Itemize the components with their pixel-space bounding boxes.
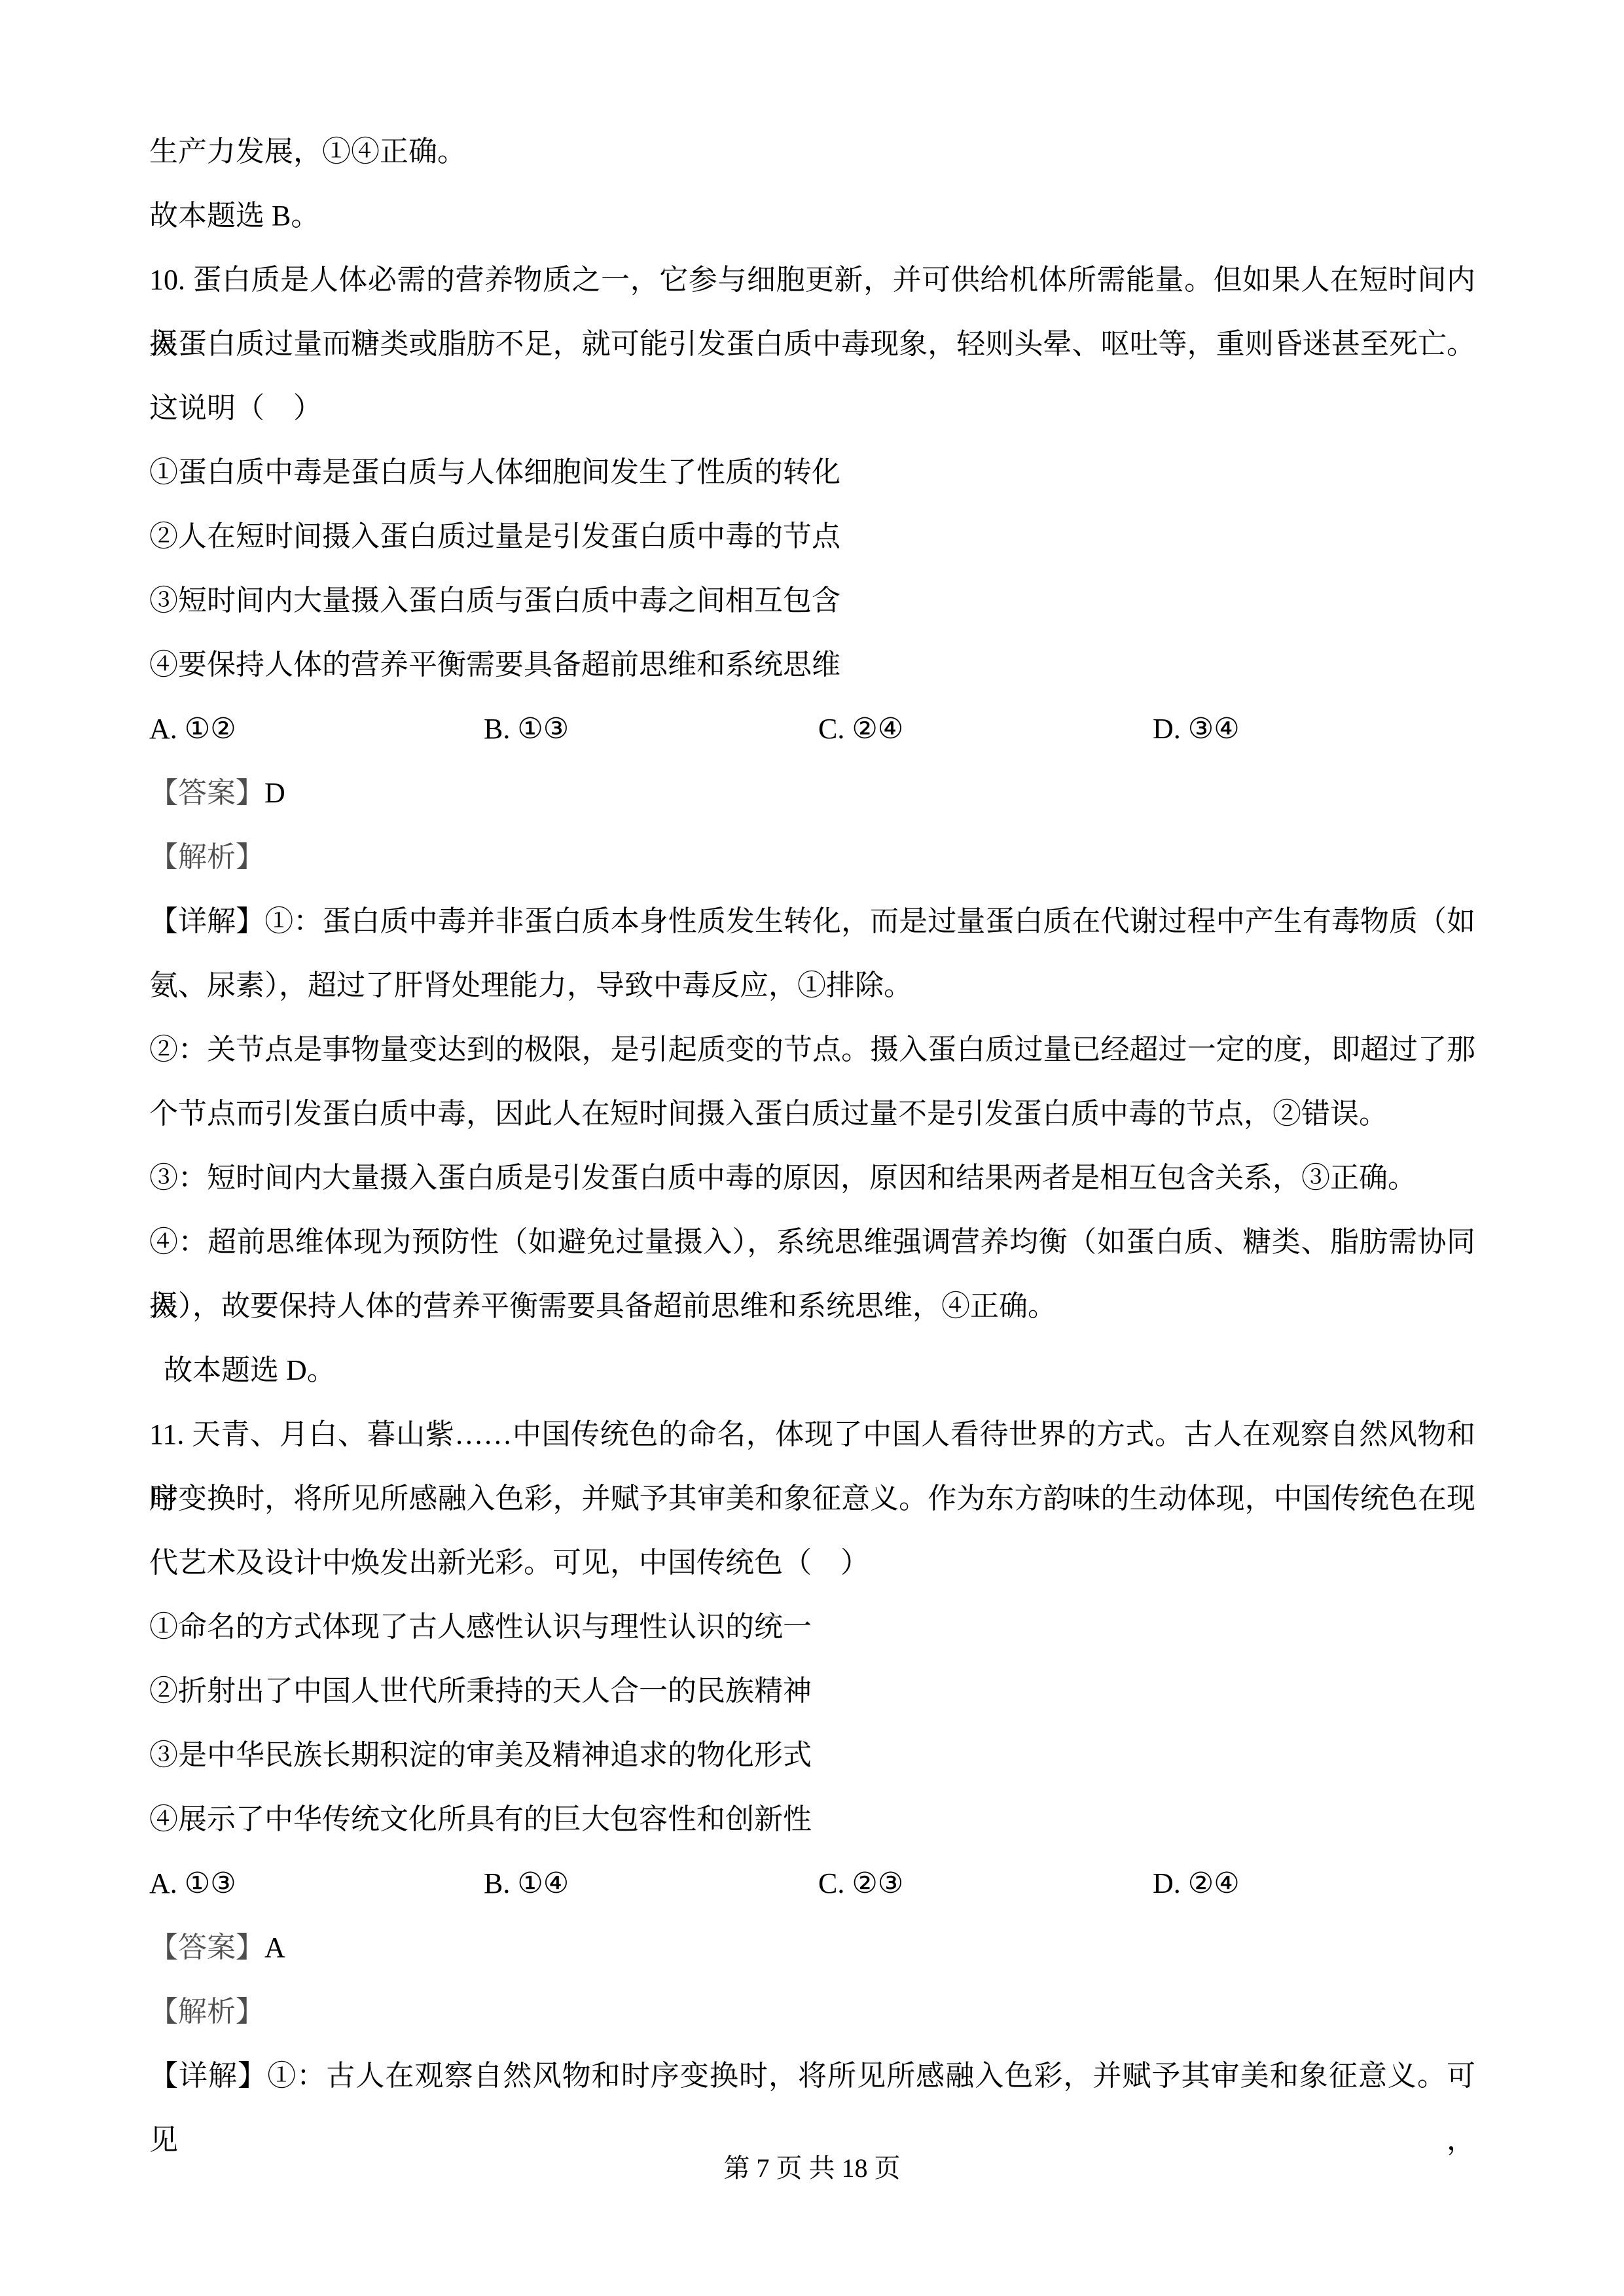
question-11-answer-line: 【答案】A (149, 1916, 1475, 1980)
question-10-item-4: ④要保持人体的营养平衡需要具备超前思维和系统思维 (149, 633, 1475, 697)
question-10-detail-line-2: 氨、尿素），超过了肝肾处理能力，导致中毒反应，①排除。 (149, 954, 1475, 1018)
question-10: 10. 蛋白质是人体必需的营养物质之一，它参与细胞更新，并可供给机体所需能量。但… (149, 248, 1475, 1403)
question-11-option-d: D. ②④ (1153, 1852, 1240, 1916)
page-footer: 第 7 页 共 18 页 (0, 2147, 1624, 2189)
question-11-option-b: B. ①④ (484, 1852, 818, 1916)
prev-answer-conclusion: 故本题选 B。 (149, 184, 1475, 248)
question-11-options-row: A. ①③ B. ①④ C. ②③ D. ②④ (149, 1852, 1475, 1916)
question-10-option-a: A. ①② (149, 697, 484, 761)
detail-intro-text: ①：古人在观察自然风物和时序变换时，将所见所感融入色彩，并赋予其审美和象征意义。… (149, 2060, 1475, 2156)
question-11-option-a: A. ①③ (149, 1852, 484, 1916)
answer-label: 【答案】 (149, 777, 264, 809)
question-10-item-2: ②人在短时间摄入蛋白质过量是引发蛋白质中毒的节点 (149, 505, 1475, 569)
question-10-item-3: ③短时间内大量摄入蛋白质与蛋白质中毒之间相互包含 (149, 569, 1475, 633)
question-11-stem-line-2: 序变换时，将所见所感融入色彩，并赋予其审美和象征意义。作为东方韵味的生动体现，中… (149, 1467, 1475, 1531)
question-11-item-1: ①命名的方式体现了古人感性认识与理性认识的统一 (149, 1595, 1475, 1659)
question-10-detail-line-1: 【详解】①：蛋白质中毒并非蛋白质本身性质发生转化，而是过量蛋白质在代谢过程中产生… (149, 889, 1475, 954)
question-11-item-2: ②折射出了中国人世代所秉持的天人合一的民族精神 (149, 1659, 1475, 1723)
answer-value: D (264, 777, 285, 809)
analysis-label: 【解析】 (149, 841, 264, 873)
exam-document-page: 生产力发展，①④正确。 故本题选 B。 10. 蛋白质是人体必需的营养物质之一，… (0, 0, 1624, 2296)
question-10-option-c: C. ②④ (818, 697, 1153, 761)
question-10-option-b: B. ①③ (484, 697, 818, 761)
question-11-analysis-line: 【解析】 (149, 1980, 1475, 2044)
question-10-stem-line-1: 10. 蛋白质是人体必需的营养物质之一，它参与细胞更新，并可供给机体所需能量。但… (149, 248, 1475, 312)
question-10-option-d: D. ③④ (1153, 697, 1240, 761)
page-number-text: 第 7 页 共 18 页 (724, 2153, 901, 2183)
answer-label: 【答案】 (149, 1931, 264, 1964)
detail-label: 【详解】 (149, 905, 264, 937)
analysis-label: 【解析】 (149, 1996, 264, 2028)
question-11: 11. 天青、月白、暮山紫……中国传统色的命名，体现了中国人看待世界的方式。古人… (149, 1403, 1475, 2108)
question-10-detail-line-5: ③：短时间内大量摄入蛋白质是引发蛋白质中毒的原因，原因和结果两者是相互包含关系，… (149, 1146, 1475, 1210)
question-11-stem-line-1: 11. 天青、月白、暮山紫……中国传统色的命名，体现了中国人看待世界的方式。古人… (149, 1403, 1475, 1467)
detail-intro-text: ①：蛋白质中毒并非蛋白质本身性质发生转化，而是过量蛋白质在代谢过程中产生有毒物质… (264, 905, 1475, 937)
question-10-item-1: ①蛋白质中毒是蛋白质与人体细胞间发生了性质的转化 (149, 440, 1475, 505)
question-11-detail-line-1: 【详解】①：古人在观察自然风物和时序变换时，将所见所感融入色彩，并赋予其审美和象… (149, 2044, 1475, 2108)
answer-value: A (264, 1931, 285, 1964)
question-10-detail-line-6: ④：超前思维体现为预防性（如避免过量摄入），系统思维强调营养均衡（如蛋白质、糖类… (149, 1210, 1475, 1274)
question-10-answer-line: 【答案】D (149, 761, 1475, 825)
detail-label: 【详解】 (149, 2060, 267, 2092)
question-11-item-3: ③是中华民族长期积淀的审美及精神追求的物化形式 (149, 1723, 1475, 1787)
question-10-analysis-line: 【解析】 (149, 825, 1475, 889)
question-10-detail-line-4: 个节点而引发蛋白质中毒，因此人在短时间摄入蛋白质过量不是引发蛋白质中毒的节点，②… (149, 1082, 1475, 1146)
question-10-detail-line-7: 入），故要保持人体的营养平衡需要具备超前思维和系统思维，④正确。 (149, 1274, 1475, 1338)
question-11-option-c: C. ②③ (818, 1852, 1153, 1916)
question-11-stem-line-3: 代艺术及设计中焕发出新光彩。可见，中国传统色（ ） (149, 1531, 1475, 1595)
question-10-stem-line-2: 入蛋白质过量而糖类或脂肪不足，就可能引发蛋白质中毒现象，轻则头晕、呕吐等，重则昏… (149, 312, 1475, 376)
question-11-item-4: ④展示了中华传统文化所具有的巨大包容性和创新性 (149, 1787, 1475, 1852)
question-10-detail-line-3: ②：关节点是事物量变达到的极限，是引起质变的节点。摄入蛋白质过量已经超过一定的度… (149, 1018, 1475, 1082)
prev-answer-tail-line: 生产力发展，①④正确。 (149, 120, 1475, 184)
question-10-conclusion: 故本题选 D。 (149, 1338, 1475, 1403)
document-text-column: 生产力发展，①④正确。 故本题选 B。 10. 蛋白质是人体必需的营养物质之一，… (149, 120, 1475, 2108)
question-10-stem-line-3: 这说明（ ） (149, 376, 1475, 440)
question-10-options-row: A. ①② B. ①③ C. ②④ D. ③④ (149, 697, 1475, 761)
